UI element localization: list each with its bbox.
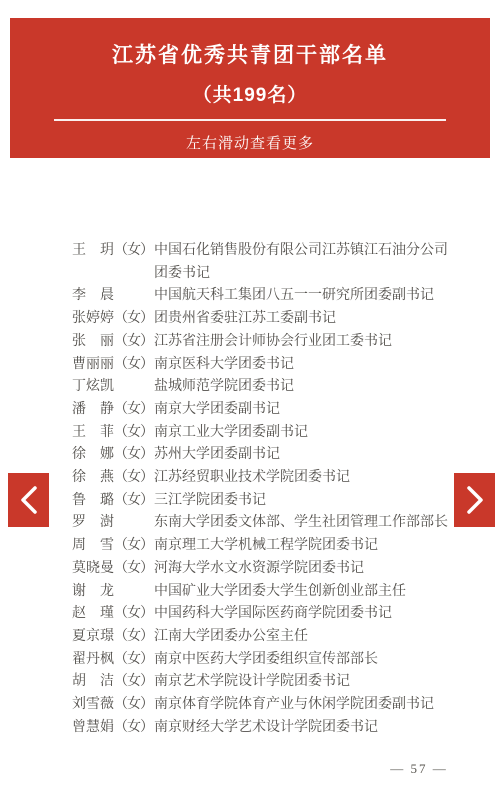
cadre-position: 江苏经贸职业技术学院团委书记 [154,467,452,490]
cadre-gender: （女） [114,331,154,354]
chevron-left-icon [18,485,40,515]
cadre-gender: （女） [114,444,154,467]
cadre-position: 中国矿业大学团委大学生创新创业部主任 [154,581,452,604]
page-number: — 57 — [381,761,457,777]
cadre-name: 莫晓曼 [72,558,114,581]
list-item: 刘雪薇 （女） 南京体育学院体育产业与休闲学院团委副书记 [72,694,454,717]
list-item: 夏京璟 （女） 江南大学团委办公室主任 [72,626,454,649]
cadre-name: 罗 澍 [72,512,114,535]
total-count: （共199名） [10,80,490,107]
cadre-gender: （女） [114,671,154,694]
cadre-name: 赵 瑾 [72,603,114,626]
cadre-position: 江苏省注册会计师协会行业团工委书记 [154,331,452,354]
cadre-gender: （女） [114,558,154,581]
list-item: 徐 燕 （女） 江苏经贸职业技术学院团委书记 [72,467,454,490]
cadre-name: 谢 龙 [72,581,114,604]
cadre-gender: （女） [114,649,154,672]
cadre-position: 南京艺术学院设计学院团委书记 [154,671,452,694]
header-banner: 江苏省优秀共青团干部名单 （共199名） 左右滑动查看更多 [10,18,490,158]
cadre-name: 潘 静 [72,399,114,422]
list-item: 曹丽丽 （女） 南京医科大学团委书记 [72,354,454,377]
cadre-gender: （女） [114,717,154,740]
list-item: 翟丹枫 （女） 南京中医药大学团委组织宣传部部长 [72,649,454,672]
cadre-gender: （女） [114,535,154,558]
list-item: 潘 静 （女） 南京大学团委副书记 [72,399,454,422]
cadre-gender: （女） [114,694,154,717]
cadre-gender: （女） [114,467,154,490]
banner-divider [54,119,446,121]
cadre-list: 王 玥 （女） 中国石化销售股份有限公司江苏镇江石油分公司团委书记 李 晨 中国… [72,240,454,739]
cadre-position: 中国航天科工集团八五一一研究所团委副书记 [154,285,452,308]
cadre-name: 张婷婷 [72,308,114,331]
next-page-button[interactable] [454,473,495,527]
cadre-name: 周 雪 [72,535,114,558]
cadre-position: 江南大学团委办公室主任 [154,626,452,649]
cadre-position: 河海大学水文水资源学院团委书记 [154,558,452,581]
cadre-position: 团贵州省委驻江苏工委副书记 [154,308,452,331]
cadre-gender: （女） [114,422,154,445]
cadre-name: 徐 燕 [72,467,114,490]
cadre-position: 盐城师范学院团委书记 [154,376,452,399]
list-item: 丁炫凯 盐城师范学院团委书记 [72,376,454,399]
cadre-name: 胡 洁 [72,671,114,694]
list-item: 莫晓曼 （女） 河海大学水文水资源学院团委书记 [72,558,454,581]
list-item: 赵 瑾 （女） 中国药科大学国际医药商学院团委书记 [72,603,454,626]
cadre-gender: （女） [114,399,154,422]
cadre-name: 曾慧娟 [72,717,114,740]
list-item: 谢 龙 中国矿业大学团委大学生创新创业部主任 [72,581,454,604]
cadre-name: 王 菲 [72,422,114,445]
cadre-gender: （女） [114,603,154,626]
cadre-gender: （女） [114,626,154,649]
cadre-name: 夏京璟 [72,626,114,649]
list-item: 张婷婷 （女） 团贵州省委驻江苏工委副书记 [72,308,454,331]
cadre-position: 南京中医药大学团委组织宣传部部长 [154,649,452,672]
list-item: 张 丽 （女） 江苏省注册会计师协会行业团工委书记 [72,331,454,354]
cadre-gender: （女） [114,490,154,513]
list-item: 李 晨 中国航天科工集团八五一一研究所团委副书记 [72,285,454,308]
cadre-position: 东南大学团委文体部、学生社团管理工作部部长 [154,512,452,535]
cadre-position: 三江学院团委书记 [154,490,452,513]
prev-page-button[interactable] [8,473,49,527]
cadre-gender: （女） [114,240,154,263]
cadre-name: 鲁 璐 [72,490,114,513]
cadre-gender: （女） [114,354,154,377]
cadre-position: 南京体育学院体育产业与休闲学院团委副书记 [154,694,452,717]
cadre-name: 李 晨 [72,285,114,308]
cadre-name: 张 丽 [72,331,114,354]
cadre-position: 中国石化销售股份有限公司江苏镇江石油分公司团委书记 [154,240,452,285]
list-item: 王 菲 （女） 南京工业大学团委副书记 [72,422,454,445]
cadre-position: 南京医科大学团委书记 [154,354,452,377]
cadre-name: 刘雪薇 [72,694,114,717]
list-item: 王 玥 （女） 中国石化销售股份有限公司江苏镇江石油分公司团委书记 [72,240,454,285]
page-title: 江苏省优秀共青团干部名单 [10,18,490,69]
cadre-name: 徐 娜 [72,444,114,467]
cadre-name: 翟丹枫 [72,649,114,672]
swipe-hint: 左右滑动查看更多 [10,132,490,153]
cadre-name: 丁炫凯 [72,376,114,399]
list-item: 曾慧娟 （女） 南京财经大学艺术设计学院团委书记 [72,717,454,740]
cadre-position: 南京财经大学艺术设计学院团委书记 [154,717,452,740]
list-item: 胡 洁 （女） 南京艺术学院设计学院团委书记 [72,671,454,694]
list-item: 周 雪 （女） 南京理工大学机械工程学院团委书记 [72,535,454,558]
list-item: 罗 澍 东南大学团委文体部、学生社团管理工作部部长 [72,512,454,535]
cadre-position: 苏州大学团委副书记 [154,444,452,467]
chevron-right-icon [464,485,486,515]
cadre-position: 南京大学团委副书记 [154,399,452,422]
cadre-position: 南京工业大学团委副书记 [154,422,452,445]
cadre-gender: （女） [114,308,154,331]
cadre-name: 曹丽丽 [72,354,114,377]
cadre-position: 南京理工大学机械工程学院团委书记 [154,535,452,558]
cadre-position: 中国药科大学国际医药商学院团委书记 [154,603,452,626]
list-item: 徐 娜 （女） 苏州大学团委副书记 [72,444,454,467]
cadre-name: 王 玥 [72,240,114,263]
list-item: 鲁 璐 （女） 三江学院团委书记 [72,490,454,513]
